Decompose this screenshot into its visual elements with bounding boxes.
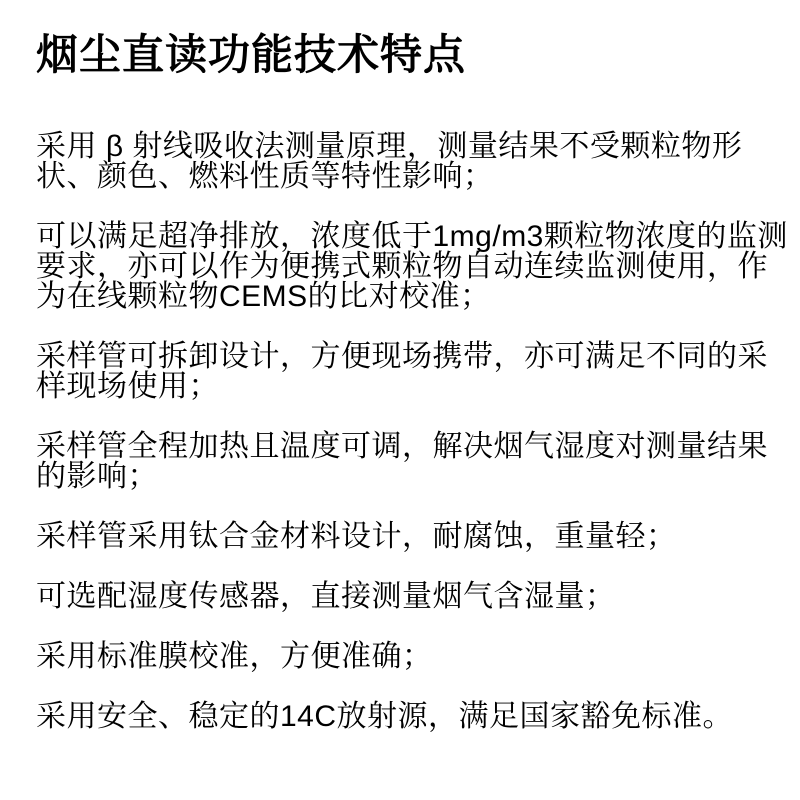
feature-paragraph-detachable-sampling-tube: 采样管可拆卸设计，方便现场携带，亦可满足不同的采 样现场使用； <box>36 342 796 402</box>
feature-paragraph-titanium-alloy: 采样管采用钛合金材料设计，耐腐蚀，重量轻； <box>36 522 796 552</box>
feature-paragraph-standard-film-calibration: 采用标准膜校准，方便准确； <box>36 642 796 672</box>
feature-paragraph-ultra-low-emission: 可以满足超净排放，浓度低于1mg/m3颗粒物浓度的监测 要求，亦可以作为便携式颗… <box>36 222 796 312</box>
page-title: 烟尘直读功能技术特点 <box>36 32 796 78</box>
feature-paragraph-heated-sampling-tube: 采样管全程加热且温度可调，解决烟气湿度对测量结果 的影响； <box>36 432 796 492</box>
feature-paragraph-measurement-principle: 采用 β 射线吸收法测量原理，测量结果不受颗粒物形 状、颜色、燃料性质等特性影响… <box>36 132 796 192</box>
feature-paragraph-radiation-source: 采用安全、稳定的14C放射源，满足国家豁免标准。 <box>36 702 796 732</box>
feature-paragraph-humidity-sensor: 可选配湿度传感器，直接测量烟气含湿量； <box>36 582 796 612</box>
document-page: 烟尘直读功能技术特点 采用 β 射线吸收法测量原理，测量结果不受颗粒物形 状、颜… <box>0 0 800 800</box>
